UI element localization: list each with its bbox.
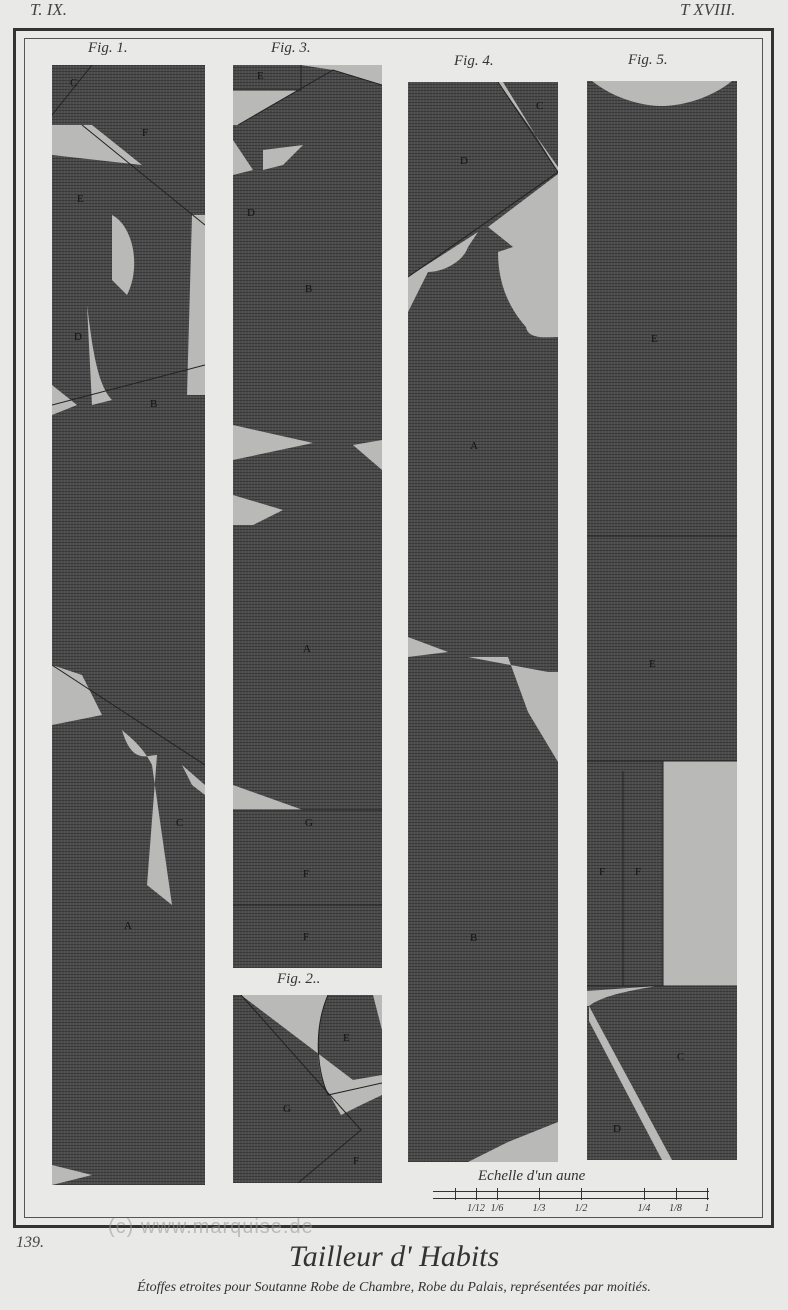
scale-tick [676, 1188, 677, 1200]
fig-3-fabric-strip: E D B A G F F [233, 65, 382, 968]
fig-5-fabric-strip: E E F F C D [587, 81, 737, 1160]
volume-label-right: T XVIII. [680, 0, 735, 20]
fig-1-cut-pattern [52, 65, 205, 1185]
fig-2-cut-pattern [233, 995, 382, 1183]
piece-label: B [150, 398, 157, 410]
scale-tick-label: 1 [705, 1203, 710, 1214]
scale-tick [455, 1188, 456, 1200]
piece-label: F [303, 931, 309, 943]
scale-tick [581, 1188, 582, 1200]
piece-label: D [460, 155, 468, 167]
scale-tick-label: 1/4 [638, 1203, 651, 1214]
piece-label: D [613, 1123, 621, 1135]
piece-label: F [142, 127, 148, 139]
scale-title: Echelle d'un aune [478, 1168, 585, 1185]
piece-label: E [77, 193, 84, 205]
scale-tick [476, 1188, 477, 1200]
scale-tick [539, 1188, 540, 1200]
piece-label: B [470, 932, 477, 944]
fig-2-fabric-strip: E G F [233, 995, 382, 1183]
fig-4-cut-pattern [408, 82, 558, 1162]
piece-label: G [283, 1103, 291, 1115]
fig-5-cut-pattern [587, 81, 737, 1160]
scale-tick [707, 1188, 708, 1200]
piece-label: E [649, 658, 656, 670]
piece-label: E [257, 70, 264, 82]
piece-label: E [343, 1032, 350, 1044]
scale-bar [433, 1191, 709, 1199]
scale-tick-label: 1/3 [533, 1203, 546, 1214]
scale-tick-label: 1/6 [491, 1203, 504, 1214]
scale-tick [644, 1188, 645, 1200]
fig-3-cut-pattern [233, 65, 382, 968]
piece-label: F [635, 866, 641, 878]
piece-label: C [677, 1051, 684, 1063]
piece-label: C [536, 100, 543, 112]
piece-label: G [305, 817, 313, 829]
piece-label: A [124, 920, 132, 932]
scale-tick-label: 1/2 [575, 1203, 588, 1214]
piece-label: F [303, 868, 309, 880]
piece-label: C [176, 817, 183, 829]
volume-label-left: T. IX. [30, 0, 67, 20]
plate-title: Tailleur d' Habits [0, 1240, 788, 1274]
piece-label: C [70, 77, 77, 89]
piece-label: F [353, 1155, 359, 1167]
fig-3-label: Fig. 3. [271, 40, 311, 57]
fig-2-label: Fig. 2.. [277, 971, 320, 988]
piece-label: D [247, 207, 255, 219]
fig-1-fabric-strip: C F E D B C A [52, 65, 205, 1185]
piece-label: A [470, 440, 478, 452]
fig-5-label: Fig. 5. [628, 52, 668, 69]
piece-label: B [305, 283, 312, 295]
piece-label: D [74, 331, 82, 343]
plate-subtitle: Étoffes etroites pour Soutanne Robe de C… [0, 1280, 788, 1296]
watermark: (c) www.marquise.de [108, 1216, 314, 1239]
fig-1-label: Fig. 1. [88, 40, 128, 57]
piece-label: E [651, 333, 658, 345]
piece-label: F [599, 866, 605, 878]
piece-label: A [303, 643, 311, 655]
scale-tick-label: 1/12 [467, 1203, 485, 1214]
fig-4-label: Fig. 4. [454, 53, 494, 70]
fig-4-fabric-strip: C D A B [408, 82, 558, 1162]
scale-tick-label: 1/8 [669, 1203, 682, 1214]
scale-tick [497, 1188, 498, 1200]
